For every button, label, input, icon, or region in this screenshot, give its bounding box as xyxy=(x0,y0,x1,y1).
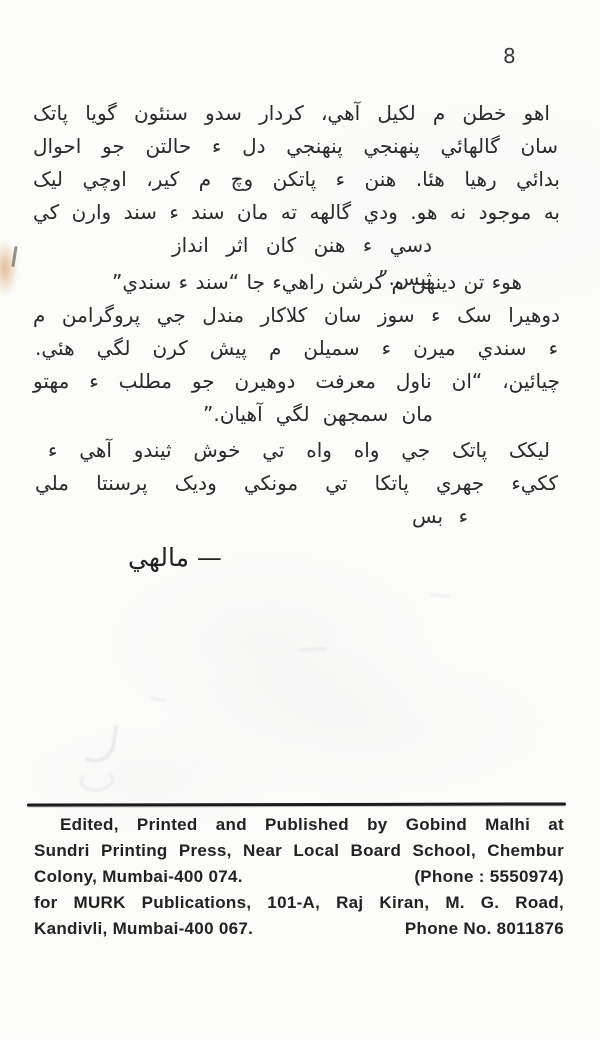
sindhi-line-p3-3: ء بس xyxy=(412,500,468,533)
colophon-line-2: Sundri Printing Press, Near Local Board … xyxy=(34,838,564,864)
colophon-line-3: Colony, Mumbai-400 074. (Phone : 5550974… xyxy=(34,864,564,890)
colophon: Edited, Printed and Published by Gobind … xyxy=(34,812,564,942)
sindhi-line-p2-5: مان سمجهن لگي آهيان.” xyxy=(203,398,433,431)
scanned-book-page: 8 اهو خطن م لکيل آهي، کردار سدو سنئون گو… xyxy=(0,0,600,1039)
sindhi-line-p2-4: چيائين، “ان ناول معرفت دوهيرن جو مطلب ء … xyxy=(33,365,560,398)
colophon-line-1: Edited, Printed and Published by Gobind … xyxy=(34,812,564,838)
bleed-through-mark xyxy=(300,647,326,652)
sindhi-line-p1-5: دسي ء هنن کان اثر انداز ثيس.” xyxy=(172,229,432,262)
colophon-line-4: for MURK Publications, 101-A, Raj Kiran,… xyxy=(34,890,564,916)
colophon-phone: Phone No. 8011876 xyxy=(405,916,564,942)
sindhi-line-p3-2: ککيء جهري پاتکا تي مونکي وديک پرسنتا ملي xyxy=(35,467,558,500)
colophon-address: Kandivli, Mumbai-400 067. xyxy=(34,916,253,942)
sindhi-line-p1-1: اهو خطن م لکيل آهي، کردار سدو سنئون گويا… xyxy=(33,97,550,130)
colophon-phone: (Phone : 5550974) xyxy=(414,864,564,890)
sindhi-line-p3-1: ليکک پاتک جي واه واه تي خوش ثيندو آهي ء xyxy=(48,434,550,467)
sindhi-line-p2-1: هوء تن دينهن م کرشن راهيء جا “سند ء سندي… xyxy=(112,266,522,299)
bleed-through-mark xyxy=(79,768,115,792)
bleed-through-mark xyxy=(430,593,450,598)
sindhi-line-p2-3: ء سندي ميرن ء سميلن م پيش کرن لگي هئي. xyxy=(35,332,558,365)
page-number: 8 xyxy=(503,44,517,68)
sindhi-line-p1-2: سان گالهائي پنهنجي پنهنجي دل ء حالتن جو … xyxy=(33,130,558,163)
colophon-line-5: Kandivli, Mumbai-400 067. Phone No. 8011… xyxy=(34,916,564,942)
sindhi-line-p1-4: به موجود نه هو. ودي گالهه ته مان سند ء س… xyxy=(33,196,560,229)
sindhi-line-p1-3: بدائي رهيا هئا. هنن ء پاتکن وچ م کير، او… xyxy=(33,163,560,196)
author-signature: — مالهي xyxy=(128,540,222,576)
bleed-through-mark xyxy=(150,697,166,703)
colophon-divider-rule xyxy=(27,802,566,806)
bleed-through-mark xyxy=(85,722,117,764)
colophon-address: Colony, Mumbai-400 074. xyxy=(34,864,243,890)
sindhi-line-p2-2: دوهيرا سک ء سوز سان کلاکار مندل جي پروگر… xyxy=(33,299,560,332)
